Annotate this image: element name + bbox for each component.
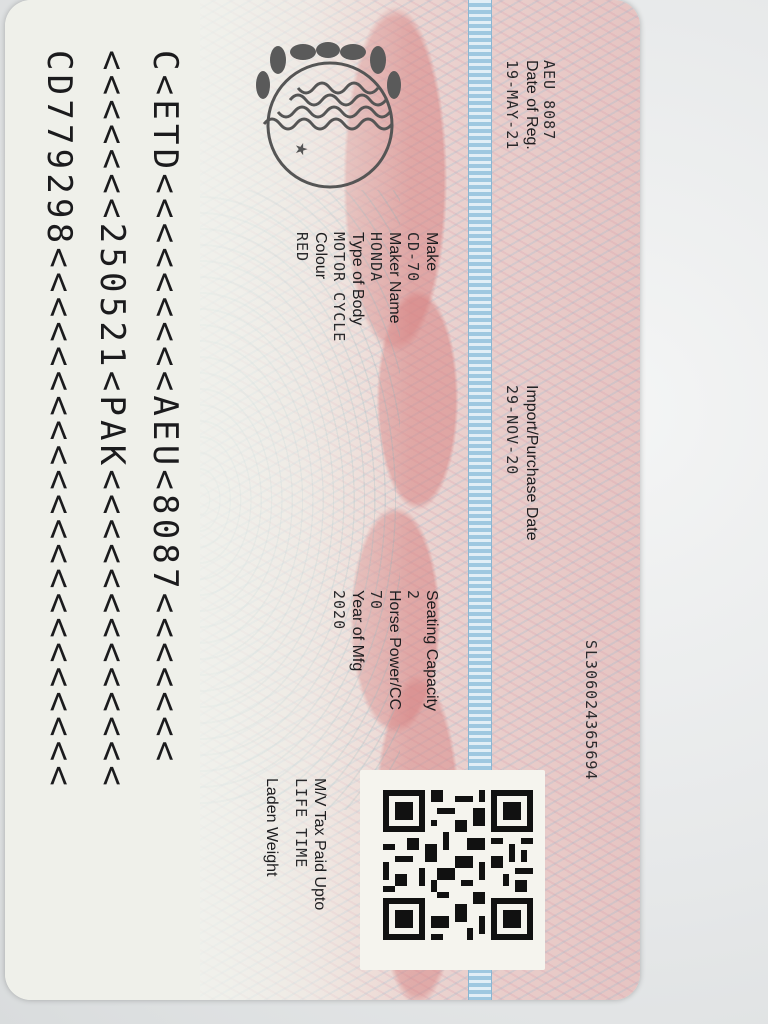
serial-number: SL306024365694 (582, 640, 600, 780)
year-of-mfg-value: 2020 (330, 590, 348, 630)
mrz-line-3: CD779298<<<<<<<<<<<<<<<<<<<<<< (39, 50, 79, 790)
colour-value: RED (293, 232, 311, 262)
government-emblem-icon: ★ (248, 30, 408, 210)
import-purchase-date-value: 29-NOV-20 (503, 385, 521, 475)
type-of-body-value: MOTOR CYCLE (330, 232, 348, 342)
make-value: CD-70 (404, 232, 422, 282)
card-body: ★ AEU 8087 Date of Reg. 19-MAY-21 Import… (5, 0, 640, 1000)
date-of-reg-label: Date of Reg. (522, 60, 540, 150)
tax-paid-upto-value: LIFE TIME (292, 778, 310, 868)
qr-code-icon (383, 790, 533, 940)
type-of-body-label: Type of Body (348, 232, 366, 325)
horse-power-value: 70 (367, 590, 385, 610)
laden-weight-label: Laden Weight (262, 778, 280, 876)
import-purchase-date-label: Import/Purchase Date (522, 385, 540, 541)
make-label: Make (422, 232, 440, 271)
year-of-mfg-label: Year of Mfg (348, 590, 366, 671)
seating-capacity-value: 2 (404, 590, 422, 600)
date-of-reg-value: 19-MAY-21 (503, 60, 521, 150)
maker-name-value: HONDA (367, 232, 385, 282)
maker-name-label: Maker Name (385, 232, 403, 324)
svg-text:★: ★ (292, 142, 311, 156)
mrz-line-2: <<<<<<<250521<PAK<<<<<<<<<<<<< (92, 50, 132, 790)
colour-label: Colour (311, 232, 329, 279)
mrz-line-1: C<ETD<<<<<<<<<AEU<8087<<<<<<< (145, 50, 185, 765)
registration-number: AEU 8087 (540, 60, 558, 140)
vehicle-registration-card: ★ AEU 8087 Date of Reg. 19-MAY-21 Import… (5, 0, 640, 1000)
horse-power-label: Horse Power/CC (385, 590, 403, 710)
seating-capacity-label: Seating Capacity (422, 590, 440, 711)
tax-paid-upto-label: M/V Tax Paid Upto (310, 778, 328, 910)
qr-code (360, 770, 545, 970)
